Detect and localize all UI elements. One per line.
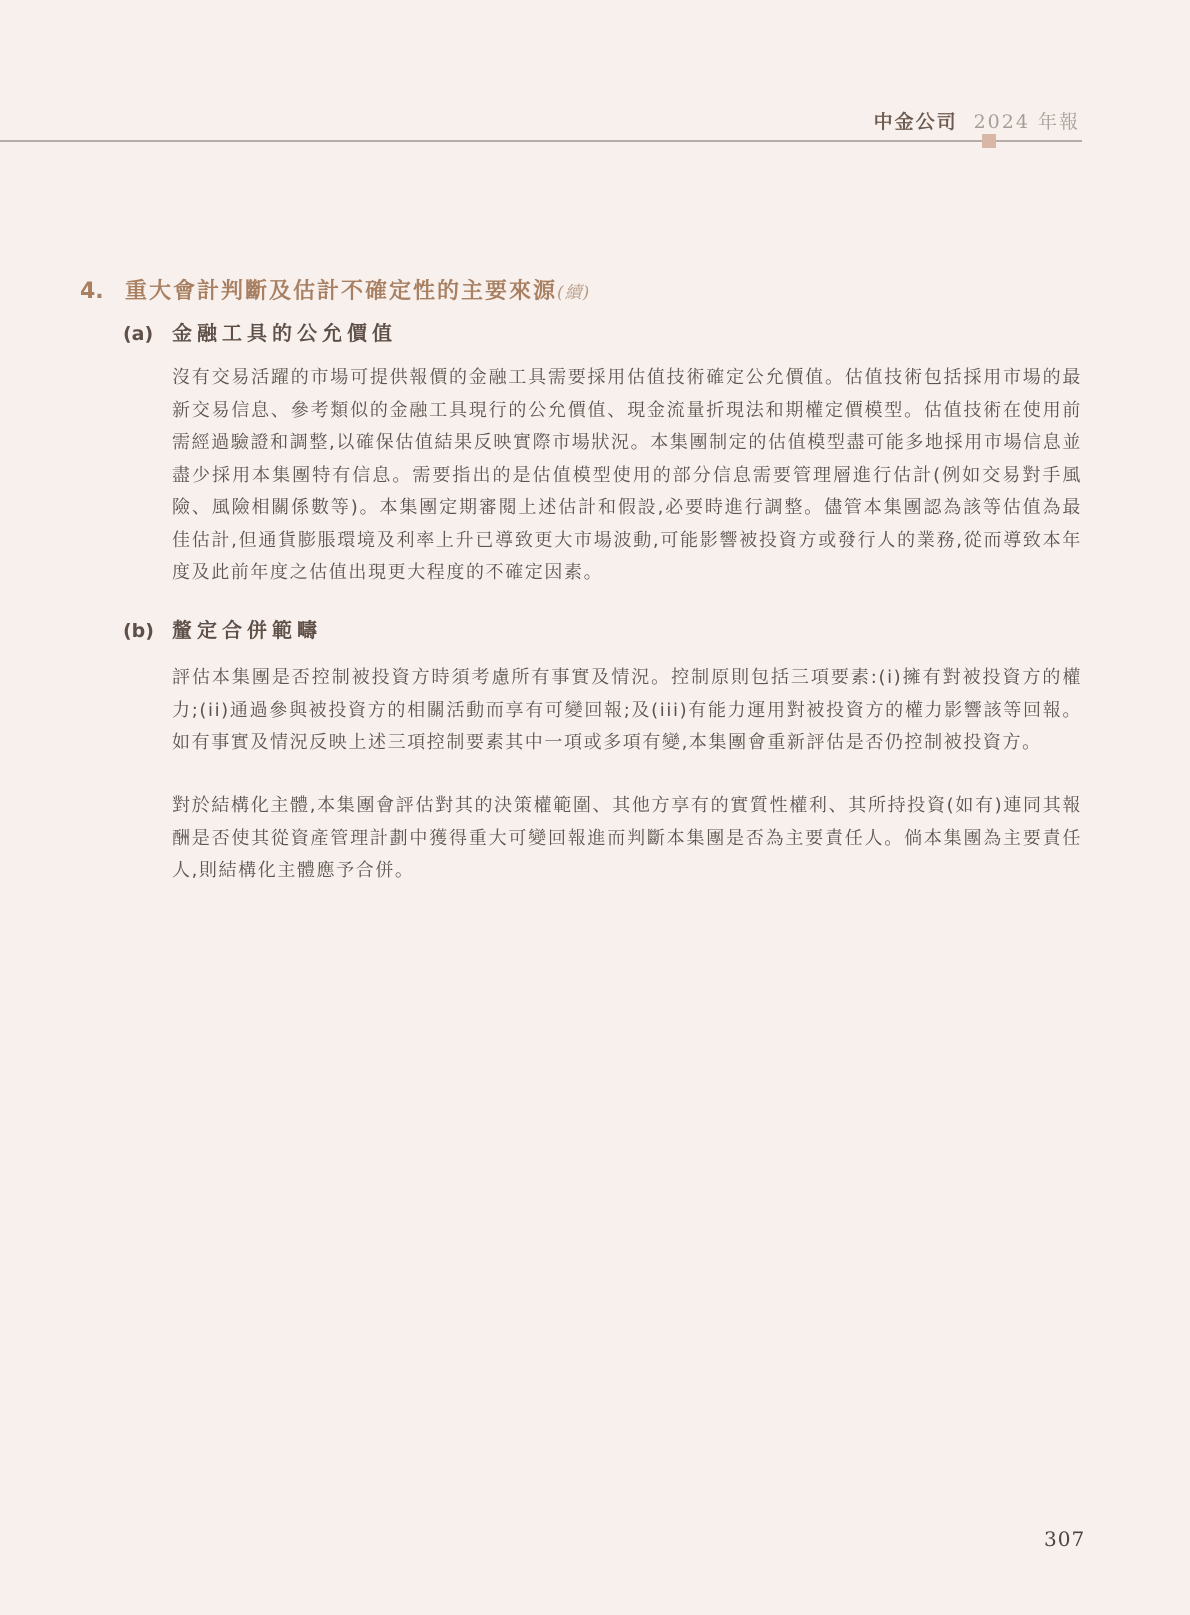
report-year: 2024 年報	[974, 111, 1080, 133]
subsection-a-title: 金融工具的公允價值	[172, 321, 397, 345]
section-continued-suffix: (續)	[557, 283, 590, 303]
subsection-b-heading: (b)釐定合併範疇	[123, 614, 322, 643]
section-number: 4.	[80, 279, 125, 304]
subsection-b-title: 釐定合併範疇	[172, 618, 322, 642]
subsection-b-paragraph-1: 評估本集團是否控制被投資方時須考慮所有事實及情況。控制原則包括三項要素:(i)擁…	[172, 662, 1082, 760]
page-header: 中金公司2024 年報	[0, 107, 1080, 134]
header-accent-square	[982, 134, 996, 148]
subsection-b-paragraph-2: 對於結構化主體,本集團會評估對其的決策權範圍、其他方享有的實質性權利、其所持投資…	[172, 790, 1082, 888]
section-title: 重大會計判斷及估計不確定性的主要來源	[125, 279, 557, 304]
subsection-a-paragraph: 沒有交易活躍的市場可提供報價的金融工具需要採用估值技術確定公允價值。估值技術包括…	[172, 362, 1082, 590]
page-number: 307	[1044, 1527, 1085, 1551]
section-heading: 4.重大會計判斷及估計不確定性的主要來源(續)	[80, 274, 590, 305]
subsection-a-heading: (a)金融工具的公允價值	[123, 317, 397, 346]
subsection-b-label: (b)	[123, 620, 172, 642]
subsection-a-label: (a)	[123, 323, 172, 345]
header-divider-line	[0, 140, 1082, 142]
company-name: 中金公司	[874, 111, 958, 133]
